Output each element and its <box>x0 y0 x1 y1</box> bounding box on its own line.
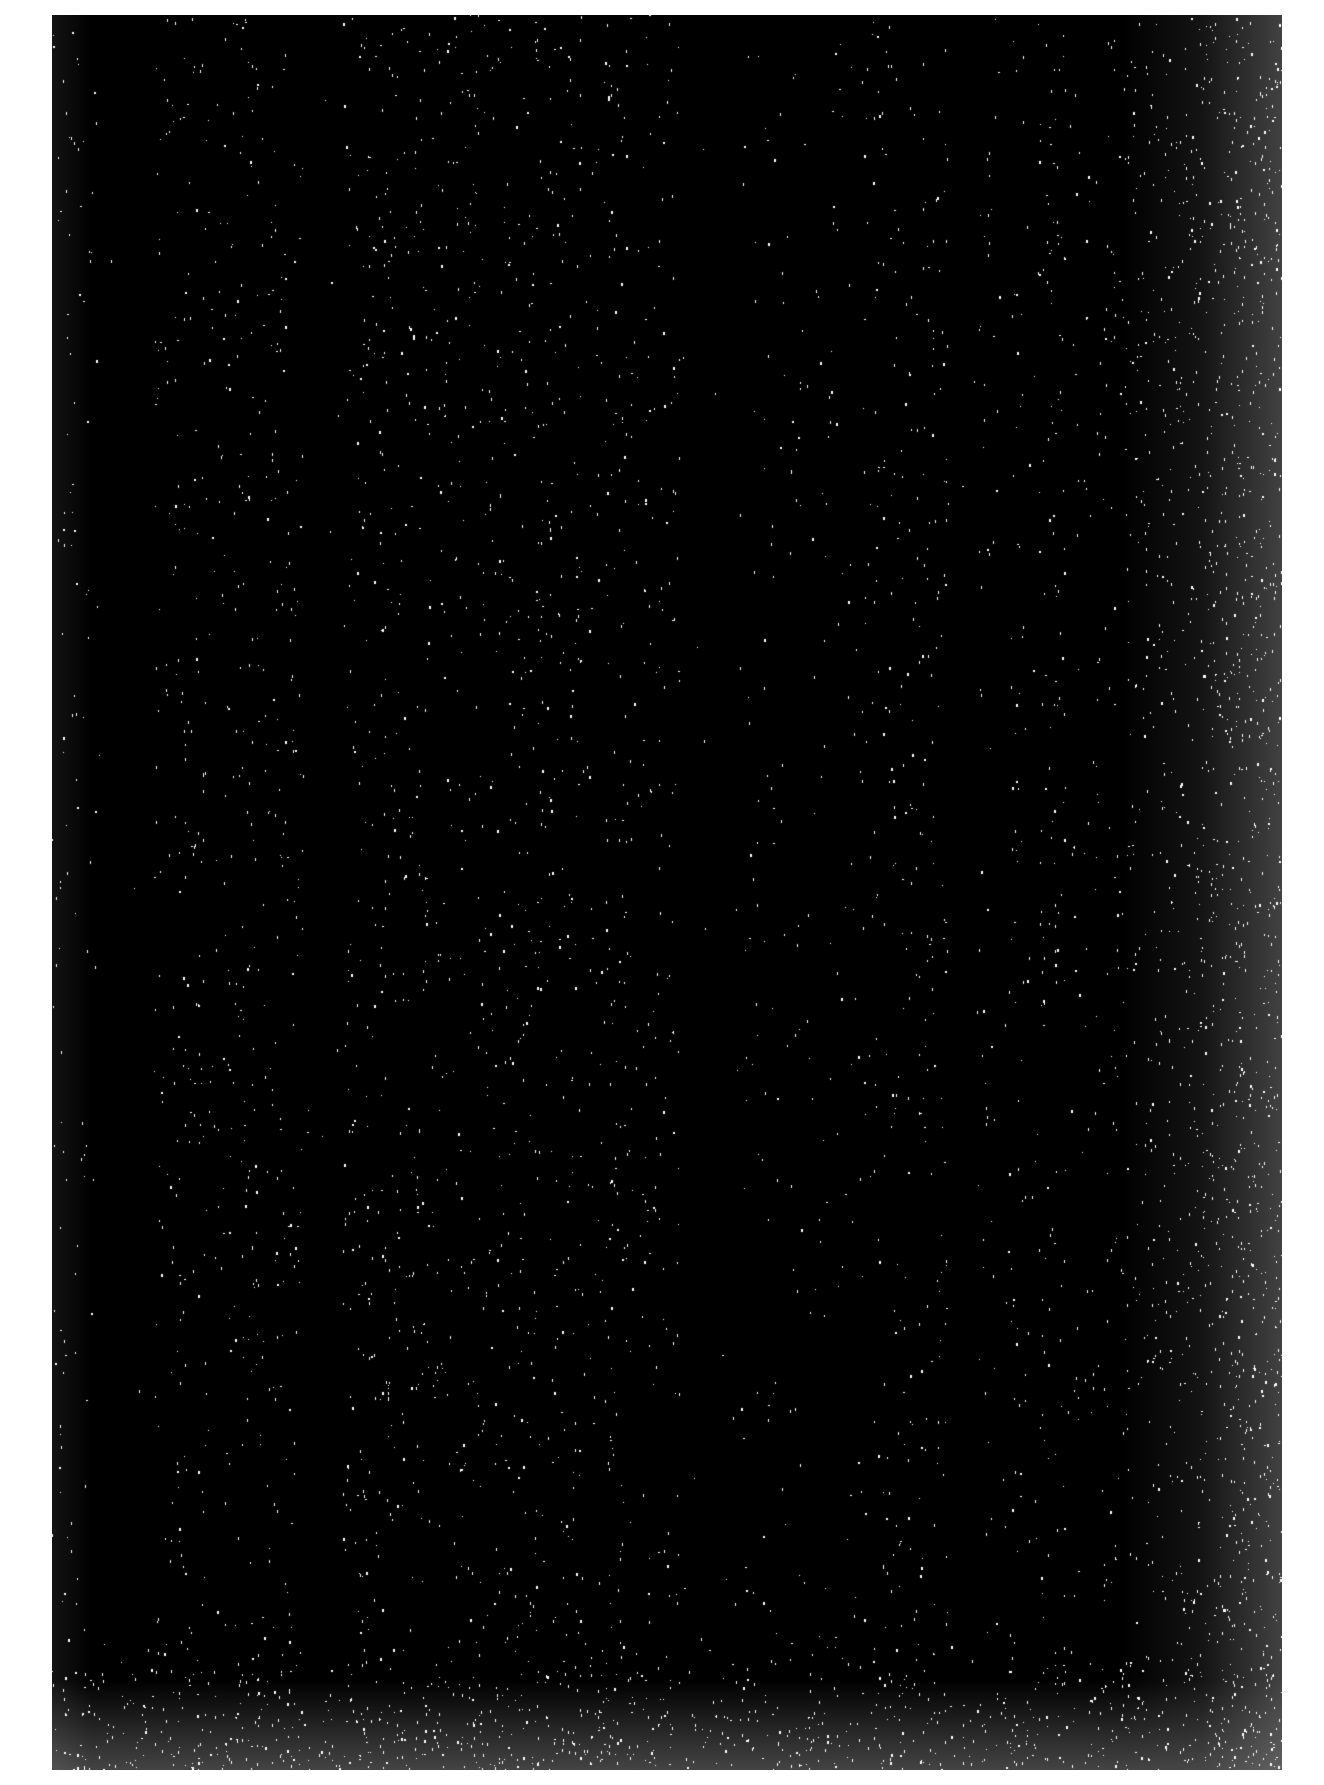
grain-texture <box>52 15 1282 1770</box>
